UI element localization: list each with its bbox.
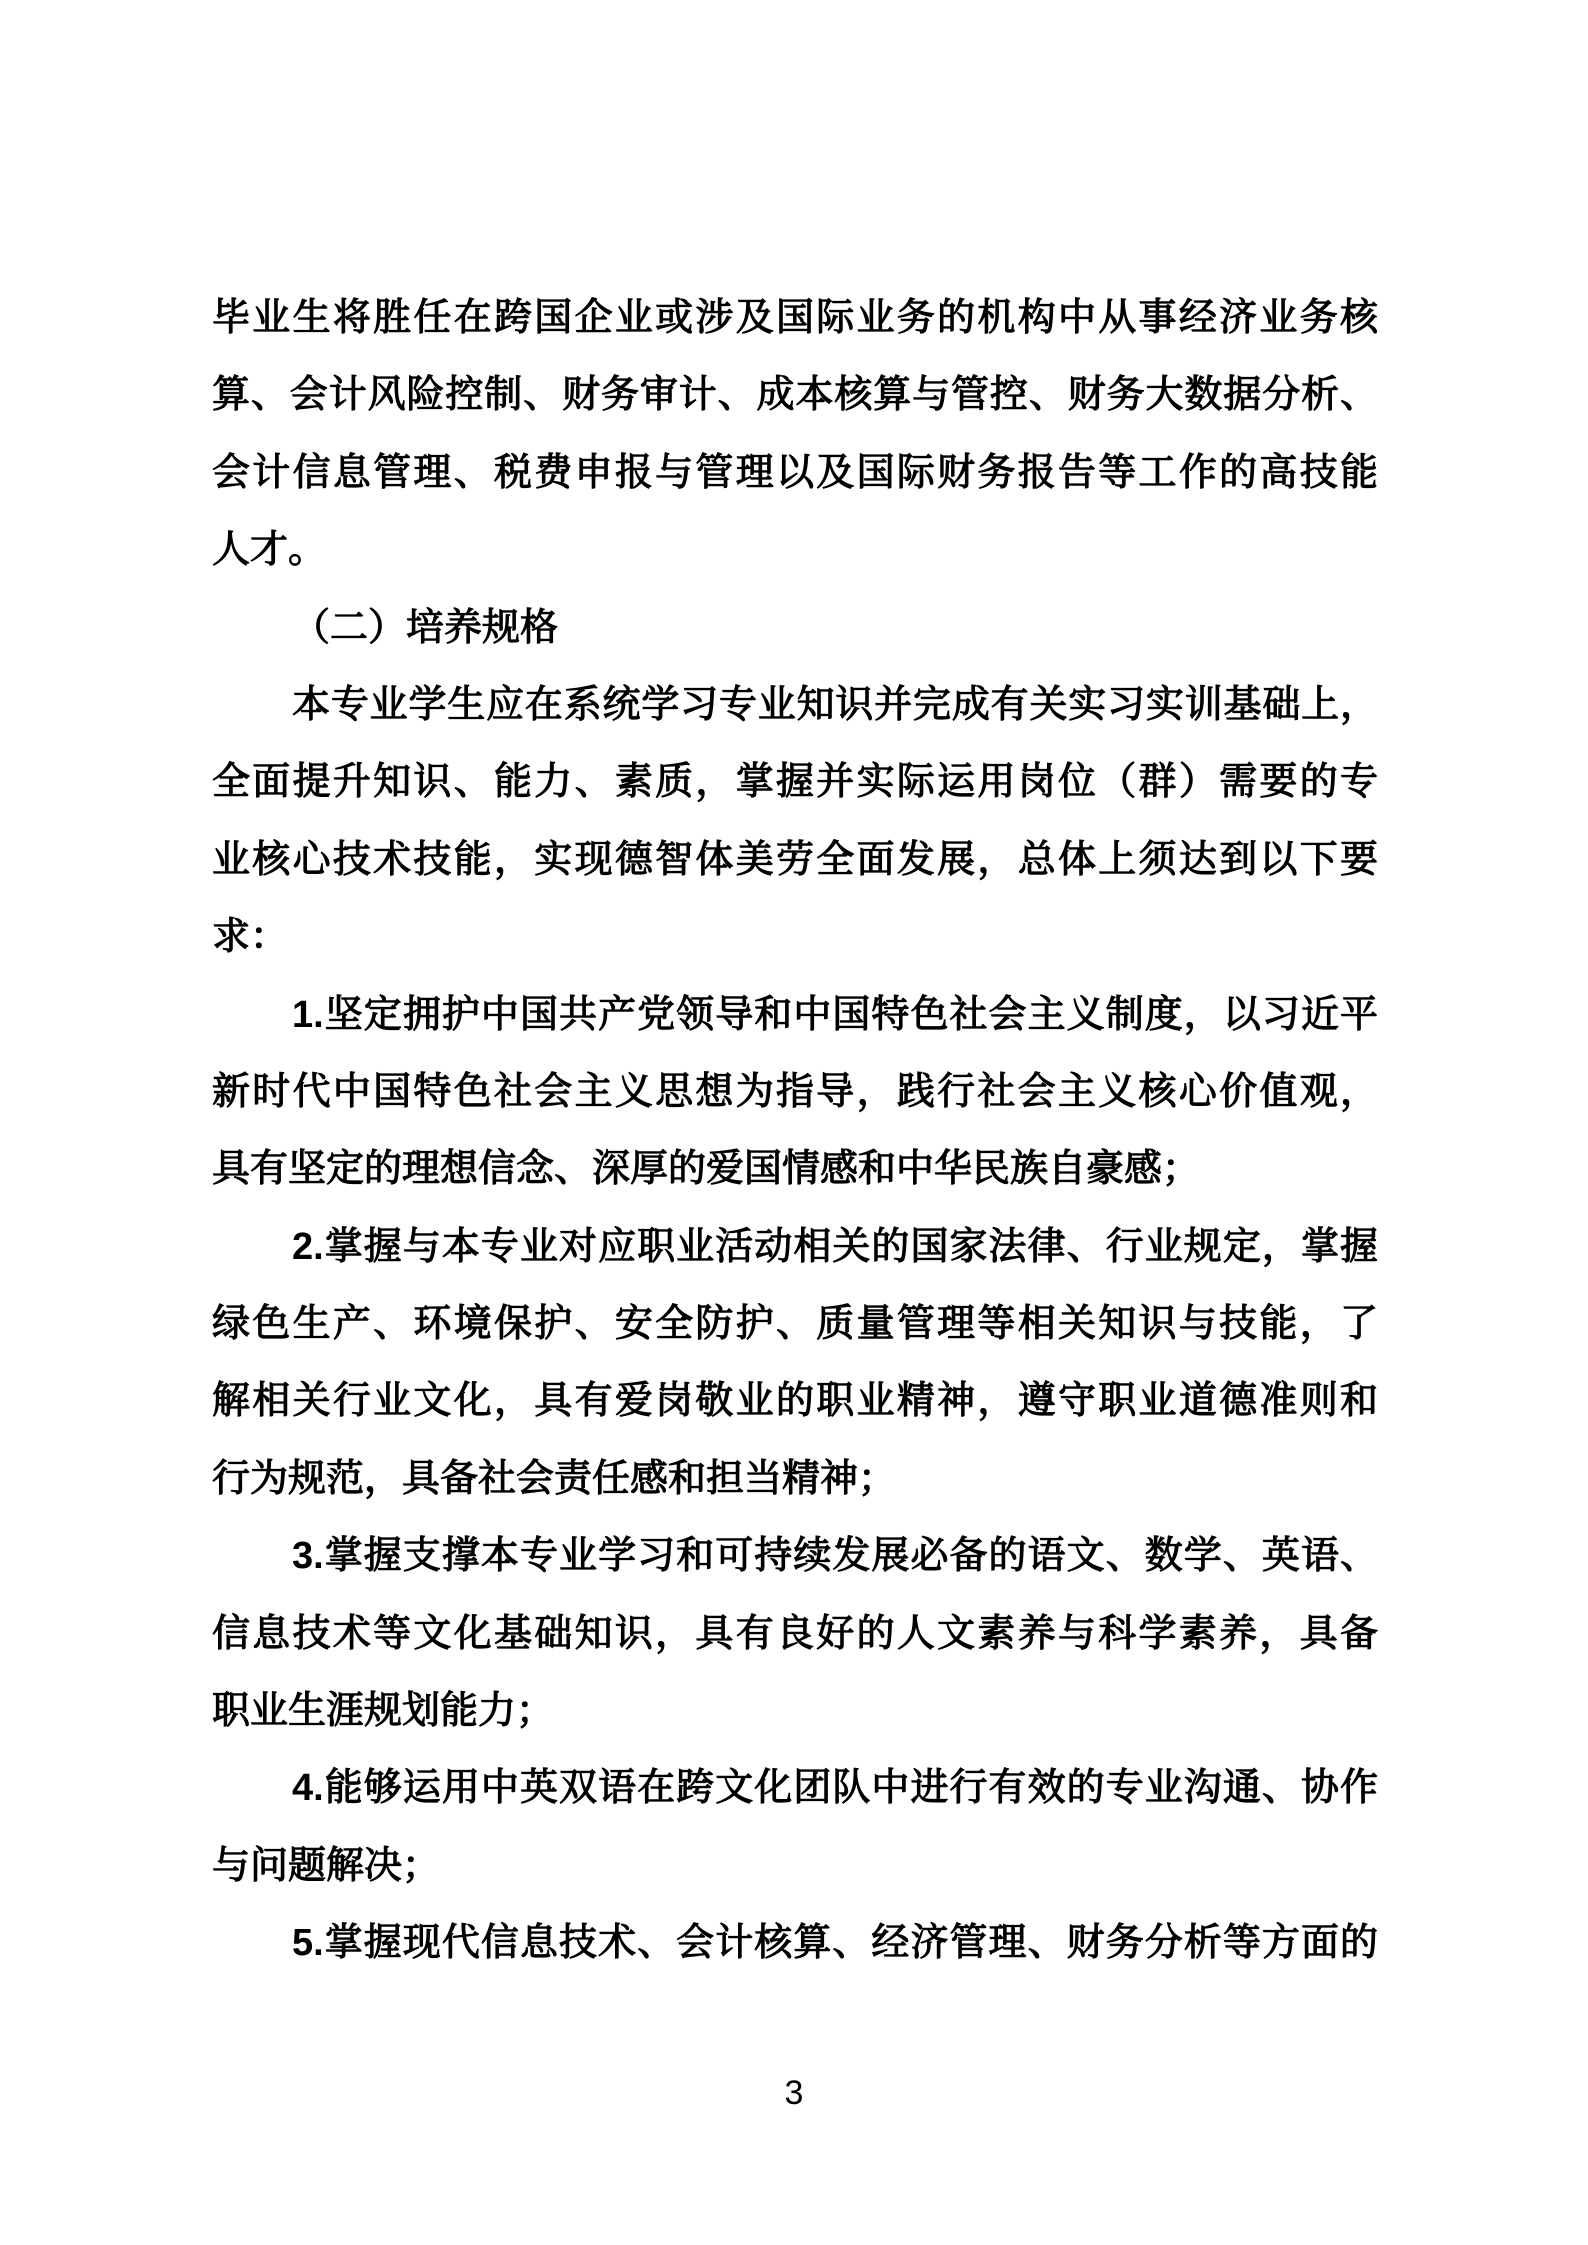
text-line: 算、会计风险控制、财务审计、成本核算与管控、财务大数据分析、 [212, 357, 1378, 434]
text-line: 解相关行业文化，具有爱岗敬业的职业精神，遵守职业道德准则和 [212, 1363, 1378, 1440]
text-line: 求： [212, 899, 1378, 976]
text-line: 职业生涯规划能力； [212, 1673, 1378, 1750]
text-line: 3.掌握支撑本专业学习和可持续发展必备的语文、数学、英语、 [212, 1518, 1378, 1595]
text-line: 5.掌握现代信息技术、会计核算、经济管理、财务分析等方面的 [212, 1905, 1378, 1982]
text-line: 2.掌握与本专业对应职业活动相关的国家法律、行业规定，掌握 [212, 1209, 1378, 1286]
text-line: 1.坚定拥护中国共产党领导和中国特色社会主义制度，以习近平 [212, 977, 1378, 1054]
text-line: 全面提升知识、能力、素质，掌握并实际运用岗位（群）需要的专 [212, 744, 1378, 821]
text-line: 绿色生产、环境保护、安全防护、质量管理等相关知识与技能，了 [212, 1286, 1378, 1363]
text-line: （二）培养规格 [212, 590, 1378, 667]
text-line: 会计信息管理、税费申报与管理以及国际财务报告等工作的高技能 [212, 435, 1378, 512]
text-line: 毕业生将胜任在跨国企业或涉及国际业务的机构中从事经济业务核 [212, 280, 1378, 357]
text-line: 具有坚定的理想信念、深厚的爱国情感和中华民族自豪感； [212, 1131, 1378, 1208]
text-line: 与问题解决； [212, 1828, 1378, 1905]
text-line: 人才。 [212, 512, 1378, 589]
text-line: 新时代中国特色社会主义思想为指导，践行社会主义核心价值观， [212, 1054, 1378, 1131]
document-page: 毕业生将胜任在跨国企业或涉及国际业务的机构中从事经济业务核算、会计风险控制、财务… [0, 0, 1588, 2245]
text-line: 信息技术等文化基础知识，具有良好的人文素养与科学素养，具备 [212, 1596, 1378, 1673]
document-body: 毕业生将胜任在跨国企业或涉及国际业务的机构中从事经济业务核算、会计风险控制、财务… [212, 280, 1378, 1983]
text-line: 行为规范，具备社会责任感和担当精神； [212, 1441, 1378, 1518]
text-line: 业核心技术技能，实现德智体美劳全面发展，总体上须达到以下要 [212, 822, 1378, 899]
text-line: 4.能够运用中英双语在跨文化团队中进行有效的专业沟通、协作 [212, 1750, 1378, 1827]
page-number: 3 [0, 2076, 1588, 2110]
text-line: 本专业学生应在系统学习专业知识并完成有关实习实训基础上， [212, 667, 1378, 744]
